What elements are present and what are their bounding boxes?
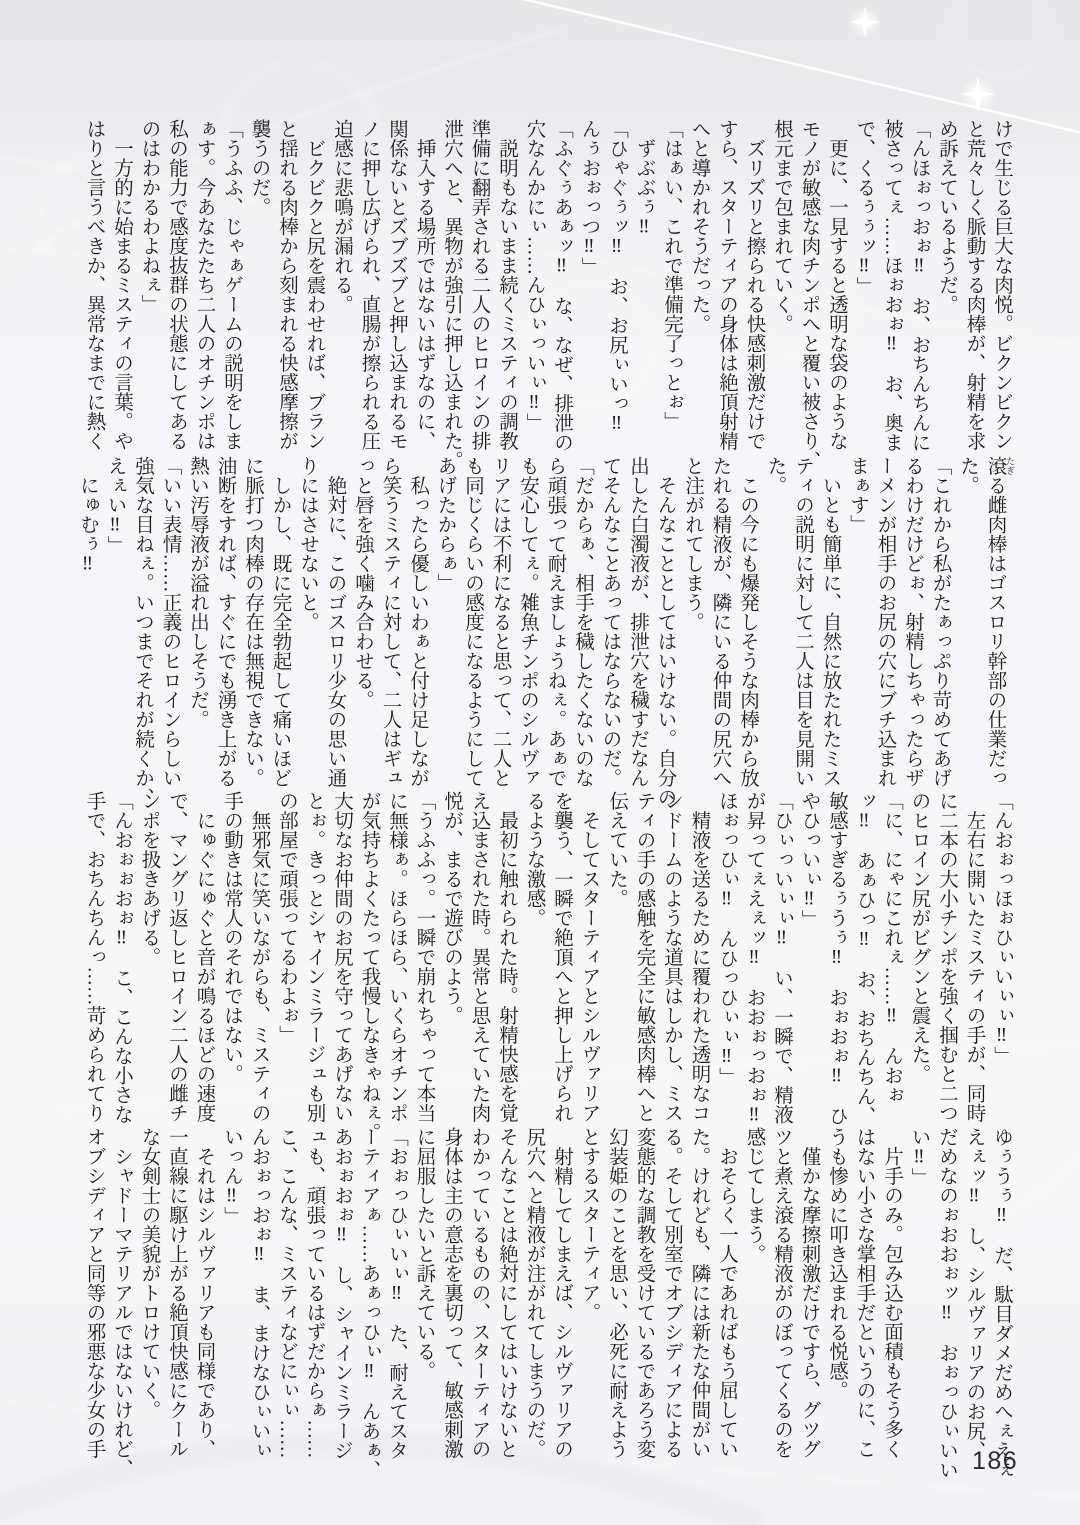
text-column: そしてスターティアとシルヴァリア xyxy=(575,791,603,1129)
text-column: そんなことは絶対にしてはいけないと xyxy=(493,1127,521,1465)
text-column: んおぉっおぉ‼ ま、まけなひぃいぃ xyxy=(245,1127,273,1465)
text-column: る。そして別室でオブシディアによる xyxy=(658,1127,686,1465)
text-column: 滾たぎる雌肉棒はゴスロリ幹部の仕業だっ xyxy=(981,456,1015,794)
text-column: 僅かな摩擦刺激だけですら、グツグ xyxy=(795,1127,823,1465)
text-column: 左右に開いたミスティの手が、同時 xyxy=(960,791,988,1129)
text-column: 「ひゃぐぅッ‼ お、お尻ぃいっ‼ xyxy=(603,119,631,457)
text-column: 説明もないまま続くミスティの調教 xyxy=(493,119,521,457)
text-column: 「だからぁ、相手を穢したくないのな xyxy=(569,456,597,794)
text-column: 「んおぉっほぉひぃいぃぃ‼」 xyxy=(988,791,1016,1129)
text-column: と荒々しく脈動する肉棒が、射精を求 xyxy=(960,119,988,457)
text-column: それはシルヴァリアも同様であり、 xyxy=(190,1127,218,1465)
text-column: ぁす。今あなたたち二人のオチンポは xyxy=(190,119,218,457)
text-column: 最初に触れられた時。射精快感を覚 xyxy=(493,791,521,1129)
text-column: ら笑うミスティに対して、二人はギュ xyxy=(376,456,404,794)
text-column: へと導かれそうだった。 xyxy=(685,119,713,457)
text-column: 「んおぉぉおぉ‼ こ、こんな小さな xyxy=(108,791,136,1129)
text-column: あげたからぁ」 xyxy=(431,456,459,794)
text-column: オブシディアと同等の邪悪な少女の手 xyxy=(80,1127,108,1465)
text-column: ゆぅうぅ‼ だ、駄目ダメだめへぇえぇ xyxy=(988,1127,1016,1465)
text-column: ンドームのような道具はしかし、ミス xyxy=(658,791,686,1129)
text-column: いっん‼」 xyxy=(218,1127,246,1465)
text-column: 大切なお仲間のお尻を守ってあげない xyxy=(328,791,356,1129)
text-column: 準備に翻弄される二人のヒロインの排 xyxy=(465,119,493,457)
text-column: わかっているものの、スターティアの xyxy=(465,1127,493,1465)
text-column: シャドーマテリアルではないけれど、 xyxy=(108,1127,136,1465)
text-column: とするスターティア。 xyxy=(575,1127,603,1465)
text-column: た。けれども、隣には新たな仲間がい xyxy=(685,1127,713,1465)
text-band-4: ゆぅうぅ‼ だ、駄目ダメだめへぇえぇえぇッ‼ し、シルヴァリアのお尻、だめなのぉ… xyxy=(80,1127,1015,1465)
text-column: 「うふふ、じゃぁゲームの説明をしま xyxy=(218,119,246,457)
text-column: 「これから私がたぁっぷり苛めてあげ xyxy=(926,456,954,794)
text-column: そんなこととしてはいけない。自分の xyxy=(651,456,679,794)
text-band-2: 滾たぎる雌肉棒はゴスロリ幹部の仕業だった。「これから私がたぁっぷり苛めてあげるわ… xyxy=(74,456,1016,794)
text-column: 一方的に始まるミスティの言葉。や xyxy=(108,119,136,457)
text-column: にゅぐにゅぐと音が鳴るほどの速度 xyxy=(190,791,218,1129)
text-column: 根元まで包まれていく。 xyxy=(768,119,796,457)
text-column: ーティアぁ……あぁっひぃ‼ んあぁ、 xyxy=(355,1127,383,1465)
text-column: 出した白濁液が、排泄穴を穢すだなん xyxy=(624,456,652,794)
text-band-3: 「んおぉっほぉひぃいぃぃ‼」 左右に開いたミスティの手が、同時に二本の大小チンポ… xyxy=(80,791,1015,1129)
text-column: 「うふふっ。一瞬で崩れちゃって本当 xyxy=(410,791,438,1129)
text-column: た。 xyxy=(761,456,789,794)
text-column: 関係ないとズブズブと押し込まれるモ xyxy=(383,119,411,457)
text-column: な女剣士の美貌がトロけていく。 xyxy=(135,1127,163,1465)
text-column: ュも、頑張っているはずだからぁ…… xyxy=(300,1127,328,1465)
text-column: ティの説明に対して二人は目を見開い xyxy=(789,456,817,794)
text-column: 「おぉっひぃいぃ‼ た、耐えてスタ xyxy=(383,1127,411,1465)
text-column: 襲うのだ。 xyxy=(245,119,273,457)
text-column: たれる精液が、隣にいる仲間の尻穴へ xyxy=(706,456,734,794)
text-column: が昇ってぇえぇッ‼ おおぉっおぉ‼ xyxy=(740,791,768,1129)
text-column: で、くるぅぅッ‼」 xyxy=(850,119,878,457)
text-column: はない小さな掌相手だというのに、こ xyxy=(850,1127,878,1465)
text-column: ビクビクと尻を震わせれば、ブラン xyxy=(300,119,328,457)
text-column: 「んほぉっおぉ‼ お、おちんちんに xyxy=(905,119,933,457)
text-column: も同じくらいの感度になるようにして xyxy=(459,456,487,794)
text-column: と揺れる肉棒から刻まれる快感摩擦が xyxy=(273,119,301,457)
text-column: りにはさせないと。 xyxy=(294,456,322,794)
text-column: を襲う、一瞬で絶頂へと押し上げられ xyxy=(548,791,576,1129)
text-band-1: けで生じる巨大な肉悦。ビクンビクンと荒々しく脈動する肉棒が、射精を求め訴えている… xyxy=(80,119,1015,457)
text-column: 被さってぇ……ほぉおぉ‼ お、奥ま xyxy=(878,119,906,457)
text-column: 穴なんかにぃ……んひぃっいぃ‼」 xyxy=(520,119,548,457)
text-column: 片手のみ。包み込む面積もそう多く xyxy=(878,1127,906,1465)
page: けで生じる巨大な肉悦。ビクンビクンと荒々しく脈動する肉棒が、射精を求め訴えている… xyxy=(0,0,1080,1525)
text-column: あおぉおぉ‼ し、シャインミラージ xyxy=(328,1127,356,1465)
text-column: 敏感すぎるぅうぅ‼ おぉおぉ‼ ひ xyxy=(823,791,851,1129)
text-column: おそらく一人であればもう屈してい xyxy=(713,1127,741,1465)
text-column: 更に、一見すると透明な袋のような xyxy=(823,119,851,457)
text-column: が気持ちよくたって我慢しなきゃねぇ。 xyxy=(355,791,383,1129)
text-column: 「ふぐぅあぁッ‼ な、なぜ、排泄の xyxy=(548,119,576,457)
text-column: え込まされた時。異常と思えていた肉 xyxy=(465,791,493,1129)
text-column: はりと言うべきか、異常なまでに熱く xyxy=(80,119,108,457)
text-column: この今にも爆発しそうな肉棒から放 xyxy=(734,456,762,794)
text-column: 泄穴へと、異物が強引に押し込まれた。 xyxy=(438,119,466,457)
text-column: ティの手の感触を完全に敏感肉棒へと xyxy=(630,791,658,1129)
text-column: ほぉっひぃ‼ んひっひぃぃ‼」 xyxy=(713,791,741,1129)
text-column: しかし、既に完全勃起して痛いほど xyxy=(266,456,294,794)
text-column: 悦が、まるで遊びのよう。 xyxy=(438,791,466,1129)
text-column: ンポを扱きあげる。 xyxy=(135,791,163,1129)
text-column: うも惨めに叩き込まれる悦感。 xyxy=(823,1127,851,1465)
text-column: やひっいぃ‼」 xyxy=(795,791,823,1129)
text-column: 尻穴へと精液が注がれてしまうのだ。 xyxy=(520,1127,548,1465)
text-column: に屈服したいと訴えている。 xyxy=(410,1127,438,1465)
page-number: 186 xyxy=(972,1447,1018,1476)
text-column: ーメンが相手のお尻の穴にブチ込まれ xyxy=(871,456,899,794)
text-column: 変態的な調教を受けているであろう変 xyxy=(630,1127,658,1465)
text-column: えぇッ‼ し、シルヴァリアのお尻、 xyxy=(960,1127,988,1465)
text-column: ノに押し広げられ、直腸が擦られる圧 xyxy=(355,119,383,457)
text-column: てそんなことあってはならないのだ。 xyxy=(596,456,624,794)
text-column: 「ひぃっいぃぃ‼ い、一瞬で、精液 xyxy=(768,791,796,1129)
text-column: 手で、おちんちんっ……苛められてり xyxy=(80,791,108,1129)
text-column: 伝えていた。 xyxy=(603,791,631,1129)
text-column: 身体は主の意志を裏切って、敏感刺激 xyxy=(438,1127,466,1465)
text-column: 私ったら優しいわぁと付け足しなが xyxy=(404,456,432,794)
text-column: すら、スターティアの身体は絶頂射精 xyxy=(713,119,741,457)
text-column: 油断をすれば、すぐにでも湧き上がる xyxy=(211,456,239,794)
text-column: 一直線に駆け上がる絶頂快感にクール xyxy=(163,1127,191,1465)
text-column: た。 xyxy=(954,456,982,794)
text-column: こ、こんな、ミスティなどにぃぃ…… xyxy=(273,1127,301,1465)
text-column: るような激感。 xyxy=(520,791,548,1129)
text-column: に二本の大小チンポを強く掴むと二つ xyxy=(933,791,961,1129)
text-column: とぉ。きっとシャインミラージュも別 xyxy=(300,791,328,1129)
text-column: 私の能力で感度抜群の状態にしてある xyxy=(163,119,191,457)
text-column: まぁす」 xyxy=(844,456,872,794)
text-column: 無邪気に笑いながらも、ミスティの xyxy=(245,791,273,1129)
text-column: 挿入する場所ではないはずなのに、 xyxy=(410,119,438,457)
text-column: も安心してぇ。雑魚チンポのシルヴァ xyxy=(514,456,542,794)
text-column: め訴えているようだ。 xyxy=(933,119,961,457)
text-column: 手の動きは常人のそれではない。 xyxy=(218,791,246,1129)
text-column: だめなのぉおおぉッ‼ おぉっひぃいい xyxy=(933,1127,961,1465)
text-column: えぇい‼」 xyxy=(101,456,129,794)
text-column: ずぶぶぅ‼ xyxy=(630,119,658,457)
text-column: に脈打つ肉棒の存在は無視できない。 xyxy=(239,456,267,794)
text-column: 感じてしまう。 xyxy=(740,1127,768,1465)
text-column: で、マングリ返しヒロイン二人の雌チ xyxy=(163,791,191,1129)
text-column: んぅおぉっつ‼」 xyxy=(575,119,603,457)
text-column: 熱い汚辱液が溢れ出しそうだ。 xyxy=(184,456,212,794)
text-column: ツと煮え滾る精液がのぼってくるのを xyxy=(768,1127,796,1465)
text-column: 「はぁい、これで準備完了っとぉ」 xyxy=(658,119,686,457)
text-column: モノが敏感な肉チンポへと覆い被さり、 xyxy=(795,119,823,457)
text-column: 幻装姫のことを思い、必死に耐えよう xyxy=(603,1127,631,1465)
text-column: 「に、にゃにこれぇ……‼ んおぉ xyxy=(878,791,906,1129)
text-column: の部屋で頑張ってるわよぉ」 xyxy=(273,791,301,1129)
text-column: っと唇を強く噛み合わせる。 xyxy=(349,456,377,794)
text-column: に無様ぁ。ほらほら、いくらオチンポ xyxy=(383,791,411,1129)
text-column: 「いい表情……正義のヒロインらしい xyxy=(156,456,184,794)
text-column: と注がれてしまう。 xyxy=(679,456,707,794)
text-column: 迫感に悲鳴が漏れる。 xyxy=(328,119,356,457)
text-column: ッ‼ あぁひっ‼ お、おちんちん、 xyxy=(850,791,878,1129)
text-column: けで生じる巨大な肉悦。ビクンビクン xyxy=(988,119,1016,457)
text-column: 絶対に、このゴスロリ少女の思い通 xyxy=(321,456,349,794)
text-column: ズリズリと擦られる快感刺激だけで xyxy=(740,119,768,457)
text-column: のヒロイン尻がビグンと震えた。 xyxy=(905,791,933,1129)
text-column: るわけだけどぉ、射精しちゃったらザ xyxy=(899,456,927,794)
text-column: い‼」 xyxy=(905,1127,933,1465)
text-column: リアには不利になると思って、二人と xyxy=(486,456,514,794)
text-column: 強気な目ねぇ。いつまでそれが続くか、 xyxy=(129,456,157,794)
text-column: ら頑張って耐えましょうねぇ。あぁで xyxy=(541,456,569,794)
text-column: にゅむぅ‼ xyxy=(74,456,102,794)
text-column: 射精してしまえば、シルヴァリアの xyxy=(548,1127,576,1465)
text-column: いとも簡単に、自然に放たれたミス xyxy=(816,456,844,794)
text-column: 精液を送るために覆われた透明なコ xyxy=(685,791,713,1129)
text-column: のはわかるわよねぇ」 xyxy=(135,119,163,457)
